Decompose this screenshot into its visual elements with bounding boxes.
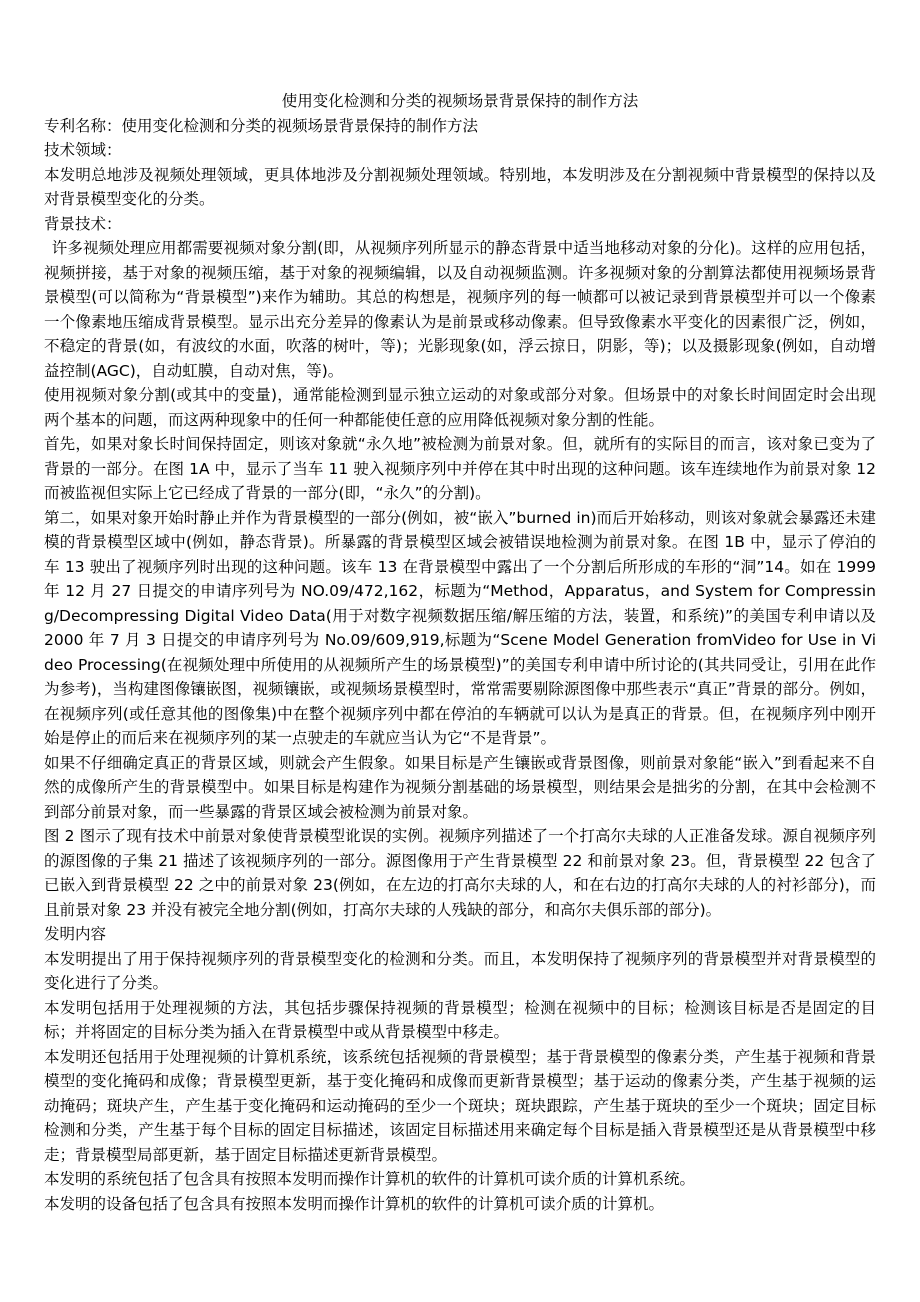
invention-heading: 发明内容 <box>44 922 876 947</box>
invention-paragraph-3: 本发明还包括用于处理视频的计算机系统，该系统包括视频的背景模型；基于背景模型的像… <box>44 1045 876 1168</box>
background-paragraph-6: 图 2 图示了现有技术中前景对象使背景模型讹误的实例。视频序列描述了一个打高尔夫… <box>44 824 876 922</box>
background-paragraph-5: 如果不仔细确定真正的背景区域，则就会产生假象。如果目标是产生镶嵌或背景图像，则前… <box>44 751 876 825</box>
patent-name: 专利名称：使用变化检测和分类的视频场景背景保持的制作方法 <box>44 114 876 139</box>
invention-paragraph-5: 本发明的设备包括了包含具有按照本发明而操作计算机的软件的计算机可读介质的计算机。 <box>44 1192 876 1217</box>
background-paragraph-2: 使用视频对象分割(或其中的变量)，通常能检测到显示独立运动的对象或部分对象。但场… <box>44 383 876 432</box>
document-page: 使用变化检测和分类的视频场景背景保持的制作方法 专利名称：使用变化检测和分类的视… <box>44 89 876 1216</box>
tech-field-paragraph: 本发明总地涉及视频处理领域，更具体地涉及分割视频处理领域。特别地，本发明涉及在分… <box>44 163 876 212</box>
background-heading: 背景技术： <box>44 212 876 237</box>
invention-paragraph-1: 本发明提出了用于保持视频序列的背景模型变化的检测和分类。而且，本发明保持了视频序… <box>44 947 876 996</box>
invention-paragraph-4: 本发明的系统包括了包含具有按照本发明而操作计算机的软件的计算机可读介质的计算机系… <box>44 1167 876 1192</box>
invention-paragraph-2: 本发明包括用于处理视频的方法，其包括步骤保持视频的背景模型；检测在视频中的目标；… <box>44 996 876 1045</box>
document-title: 使用变化检测和分类的视频场景背景保持的制作方法 <box>44 89 876 114</box>
background-paragraph-4: 第二，如果对象开始时静止并作为背景模型的一部分(例如，被“嵌入”burned i… <box>44 506 876 751</box>
background-paragraph-3: 首先，如果对象长时间保持固定，则该对象就“永久地”被检测为前景对象。但，就所有的… <box>44 432 876 506</box>
background-paragraph-1: 许多视频处理应用都需要视频对象分割(即，从视频序列所显示的静态背景中适当地移动对… <box>44 236 876 383</box>
tech-field-heading: 技术领域： <box>44 138 876 163</box>
